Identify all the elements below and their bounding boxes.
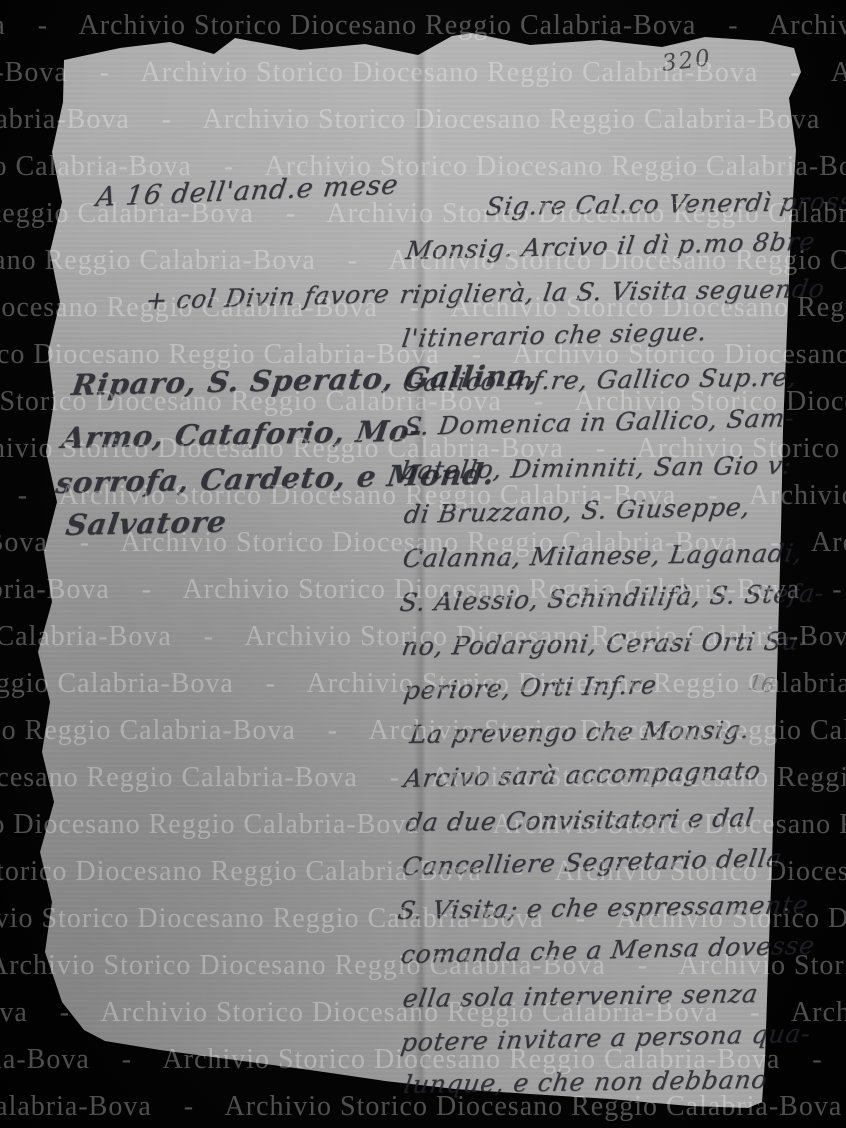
letter-line: Calanna, Milanese, Laganadi, — [401, 538, 805, 573]
letter-line: Arcivo sarà accompagnato — [402, 756, 763, 793]
letter-line: periore, Orti Inf.re — [402, 670, 659, 705]
letter-line: Cancelliere Segretario della — [400, 843, 784, 881]
letter-line: di Bruzzano, S. Giuseppe, — [402, 492, 752, 529]
letter-line: Gallico Inf.re, Gallico Sup.re, — [401, 363, 799, 397]
scanned-manuscript-photo: 320 A 16 dell'and.e mese + col Divin fav… — [0, 0, 846, 1128]
left-date-line: A 16 dell'and.e mese — [94, 169, 400, 213]
pencil-mark: 16 — [746, 670, 776, 698]
page-number: 320 — [661, 45, 714, 77]
handwriting-layer: 320 A 16 dell'and.e mese + col Divin fav… — [0, 0, 846, 1128]
letter-line: S. Domenica in Gallico, Sam- — [402, 403, 796, 441]
letter-line: batello, Diminniti, San Gio v: — [399, 451, 794, 485]
letter-line: La prevengo che Monsig. — [408, 715, 752, 749]
left-places-line: Armo, Cataforio, Mo- — [60, 413, 425, 455]
letter-line: ripiglierà, la S. Visita seguendo — [398, 274, 827, 309]
letter-line: Sig.re Cal.co Venerdì prossimo — [484, 186, 846, 221]
letter-line: no, Podargoni, Cerasi Orti Su- — [400, 626, 811, 661]
letter-line: Monsig. Arcivo il dì p.mo 8bre — [404, 227, 817, 265]
letter-line: S. Alessio, Schindilifà, S. Stefa- — [398, 578, 826, 617]
letter-line: da due Convisitatori e dal — [404, 803, 756, 837]
letter-line: lunque, e che non debbano — [402, 1065, 770, 1099]
letter-line: comanda che a Mensa dovesse — [399, 931, 817, 969]
letter-line: S. Visita; e che espressamente — [396, 890, 811, 925]
letter-line: potere invitare a persona qua- — [399, 1019, 813, 1057]
letter-line: ella sola intervenire senza — [401, 979, 760, 1013]
letter-line: l'itinerario che siegue. — [400, 317, 709, 353]
left-invocation-line: + col Divin favore — [144, 279, 392, 315]
left-places-line: Salvatore — [64, 505, 229, 542]
